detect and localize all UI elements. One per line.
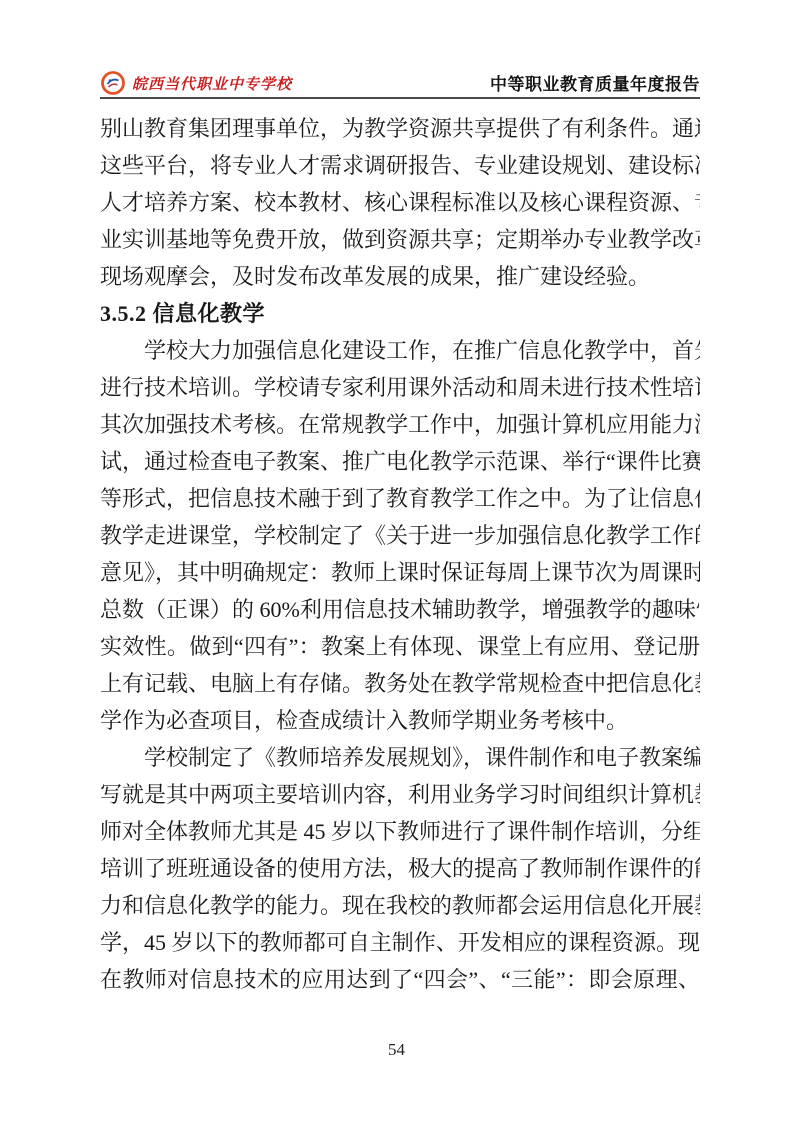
text-line: 实效性。做到“四有”：教案上有体现、课堂上有应用、登记册 bbox=[100, 628, 700, 665]
report-title: 中等职业教育质量年度报告 bbox=[490, 70, 700, 96]
school-brand: 皖西当代职业中专学校 bbox=[100, 70, 292, 96]
page-footer: 54 bbox=[0, 1040, 793, 1060]
text-line: 学校制定了《教师培养发展规划》，课件制作和电子教案编 bbox=[100, 739, 700, 776]
text-line: 培训了班班通设备的使用方法，极大的提高了教师制作课件的能 bbox=[100, 850, 700, 887]
text-line: 等形式，把信息技术融于到了教育教学工作之中。为了让信息化 bbox=[100, 480, 700, 517]
text-line: 写就是其中两项主要培训内容，利用业务学习时间组织计算机教 bbox=[100, 776, 700, 813]
text-line: 业实训基地等免费开放，做到资源共享；定期举办专业教学改革 bbox=[100, 221, 700, 258]
text-line: 师对全体教师尤其是 45 岁以下教师进行了课件制作培训，分组 bbox=[100, 813, 700, 850]
school-logo-icon bbox=[100, 70, 126, 96]
page-number: 54 bbox=[388, 1040, 405, 1059]
text-line: 总数（正课）的 60%利用信息技术辅助教学，增强教学的趣味性、 bbox=[100, 591, 700, 628]
text-line: 现场观摩会，及时发布改革发展的成果，推广建设经验。 bbox=[100, 258, 700, 295]
section-heading: 3.5.2 信息化教学 bbox=[100, 295, 700, 332]
text-line: 意见》，其中明确规定：教师上课时保证每周上课节次为周课时 bbox=[100, 554, 700, 591]
text-line: 人才培养方案、校本教材、核心课程标准以及核心课程资源、专 bbox=[100, 184, 700, 221]
text-line: 在教师对信息技术的应用达到了“四会”、“三能”：即会原理、 bbox=[100, 961, 700, 998]
text-line: 学作为必查项目，检查成绩计入教师学期业务考核中。 bbox=[100, 702, 700, 739]
text-line: 学，45 岁以下的教师都可自主制作、开发相应的课程资源。现 bbox=[100, 924, 700, 961]
text-line: 别山教育集团理事单位，为教学资源共享提供了有利条件。通过 bbox=[100, 110, 700, 147]
text-line: 其次加强技术考核。在常规教学工作中，加强计算机应用能力测 bbox=[100, 406, 700, 443]
header-divider bbox=[100, 97, 700, 99]
text-line: 这些平台，将专业人才需求调研报告、专业建设规划、建设标准、 bbox=[100, 147, 700, 184]
document-body: 别山教育集团理事单位，为教学资源共享提供了有利条件。通过这些平台，将专业人才需求… bbox=[100, 110, 700, 998]
school-name: 皖西当代职业中专学校 bbox=[132, 73, 292, 94]
text-line: 上有记载、电脑上有存储。教务处在教学常规检查中把信息化教 bbox=[100, 665, 700, 702]
document-page: 皖西当代职业中专学校 中等职业教育质量年度报告 别山教育集团理事单位，为教学资源… bbox=[0, 0, 793, 1122]
text-line: 力和信息化教学的能力。现在我校的教师都会运用信息化开展教 bbox=[100, 887, 700, 924]
page-header: 皖西当代职业中专学校 中等职业教育质量年度报告 bbox=[100, 60, 700, 96]
text-line: 试，通过检查电子教案、推广电化教学示范课、举行“课件比赛” bbox=[100, 443, 700, 480]
text-line: 教学走进课堂，学校制定了《关于进一步加强信息化教学工作的 bbox=[100, 517, 700, 554]
text-line: 学校大力加强信息化建设工作，在推广信息化教学中，首先 bbox=[100, 332, 700, 369]
text-line: 进行技术培训。学校请专家利用课外活动和周未进行技术性培训； bbox=[100, 369, 700, 406]
